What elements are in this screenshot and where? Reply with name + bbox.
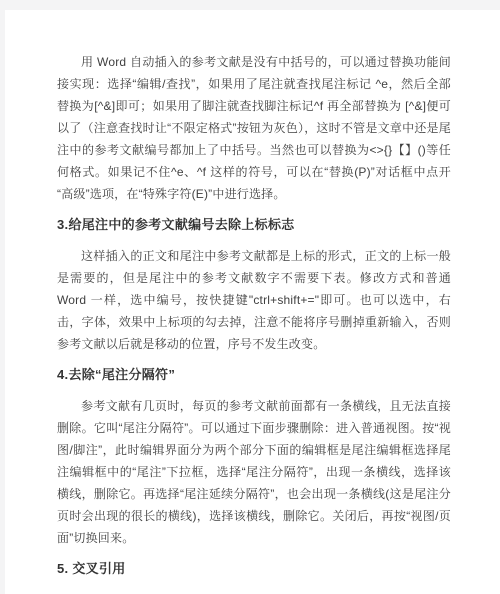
document-body: 用 Word 自动插入的参考文献是没有中括号的，可以通过替换功能间接实现：选择“… [57,51,451,578]
body-paragraph: 这样插入的正文和尾注中参考文献都是上标的形式，正文的上标一般是需要的，但是尾注中… [57,245,451,355]
section-heading: 4.去除“尾注分隔符” [57,366,451,384]
document-page: 用 Word 自动插入的参考文献是没有中括号的，可以通过替换功能间接实现：选择“… [5,10,500,594]
page-background: 用 Word 自动插入的参考文献是没有中括号的，可以通过替换功能间接实现：选择“… [0,0,500,594]
body-paragraph: 参考文献有几页时，每页的参考文献前面都有一条横线，且无法直接删除。它叫“尾注分隔… [57,395,451,549]
section-heading: 3.给尾注中的参考文献编号去除上标标志 [57,216,451,234]
body-paragraph: 用 Word 自动插入的参考文献是没有中括号的，可以通过替换功能间接实现：选择“… [57,51,451,205]
section-heading: 5. 交叉引用 [57,560,451,578]
